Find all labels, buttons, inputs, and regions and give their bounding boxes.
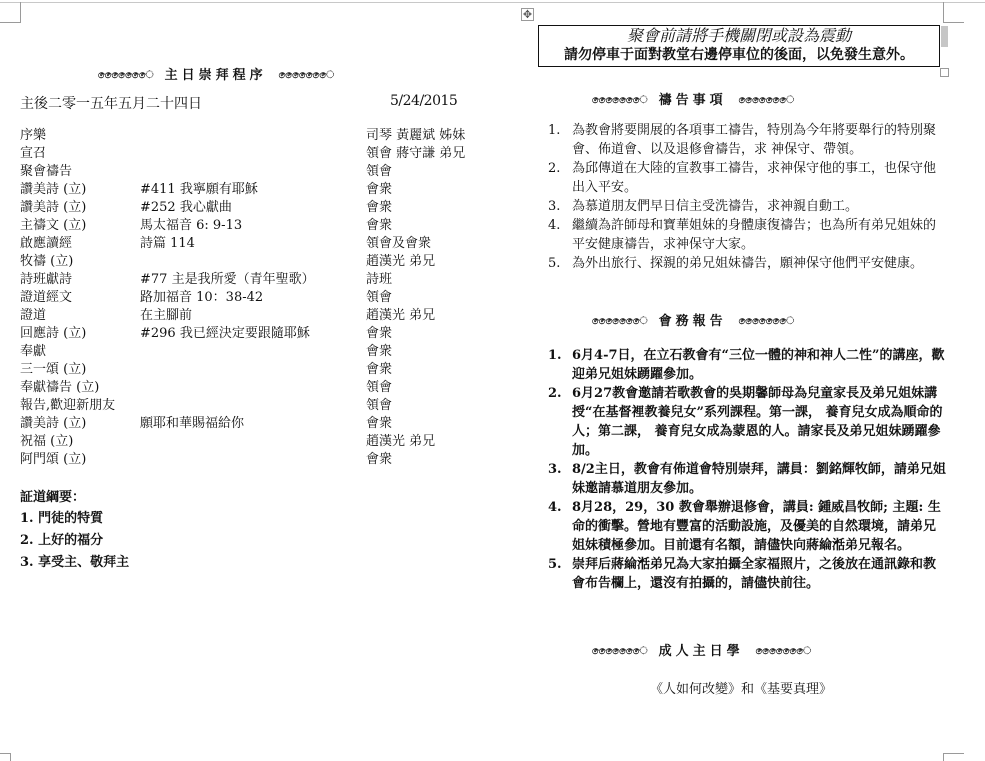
program-leader: 領會及會衆	[366, 235, 431, 253]
program-row: 奉獻禱告 (立)領會	[20, 379, 490, 397]
sermon-outline-item: 1. 門徒的特質	[20, 508, 129, 530]
program-item: 回應詩 (立)	[20, 325, 86, 343]
left-page: ෙෙෙෙෙෙෙ主日崇拜程序ෙෙෙෙෙෙෙ 主後二零一五年五月二十四日 5/24/…	[20, 0, 490, 761]
flourish-ornament-icon: ෙෙෙෙෙෙෙ	[592, 316, 647, 327]
sermon-outline-item: 2. 上好的福分	[20, 530, 129, 552]
table-move-handle-icon[interactable]: ✥	[521, 8, 534, 21]
program-item: 報告,歡迎新朋友	[20, 397, 115, 415]
sermon-outline: 証道綱要： 1. 門徒的特質 2. 上好的福分 3. 享受主、敬拜主	[20, 488, 129, 574]
program-row: 阿門頌 (立)會衆	[20, 451, 490, 469]
crop-mark-top-left	[0, 2, 21, 23]
phone-parking-notice-box: 聚會前請將手機關閉或設為震動 請勿停車于面對教堂右邊停車位的後面，以免發生意外。	[538, 25, 940, 67]
prayer-item: 5.為外出旅行、探親的弟兄姐妹禱告，願神保守他們平安健康。	[536, 254, 946, 273]
program-content: 馬太福音 6: 9-13	[140, 217, 242, 235]
flourish-ornament-icon: ෙෙෙෙෙෙෙ	[739, 316, 794, 327]
program-item: 祝福 (立)	[20, 433, 73, 451]
flourish-ornament-icon: ෙෙෙෙෙෙෙ	[592, 95, 647, 106]
program-leader: 會衆	[366, 415, 392, 433]
program-content: #411 我寧願有耶穌	[140, 181, 258, 199]
program-item: 宣召	[20, 145, 46, 163]
program-row: 序樂司琴 黃麗斌 姊妹	[20, 127, 490, 145]
program-row: 啟應讀經詩篇 114領會及會衆	[20, 235, 490, 253]
program-item: 證道經文	[20, 289, 72, 307]
program-leader: 領會	[366, 397, 392, 415]
prayer-item: 2.為邱傳道在大陸的宣教事工禱告，求神保守他的事工，也保守他出入平安。	[536, 159, 946, 197]
program-content: 在主腳前	[140, 307, 192, 325]
program-content: #296 我已經決定要跟隨耶穌	[140, 325, 310, 343]
program-leader: 會衆	[366, 325, 392, 343]
program-leader: 會衆	[366, 199, 392, 217]
program-item: 奉獻禱告 (立)	[20, 379, 99, 397]
announcements-heading: ෙෙෙෙෙෙෙ會務報告ෙෙෙෙෙෙෙ	[592, 310, 793, 329]
announcements-title: 會務報告	[659, 314, 727, 329]
program-item: 阿門頌 (立)	[20, 451, 86, 469]
program-leader: 趙漢光 弟兄	[366, 253, 435, 271]
prayer-heading: ෙෙෙෙෙෙෙ禱告事項ෙෙෙෙෙෙෙ	[592, 89, 793, 108]
program-leader: 會衆	[366, 361, 392, 379]
program-leader: 領會 蔣守謙 弟兄	[366, 145, 465, 163]
crop-mark-bottom-right	[943, 753, 964, 761]
program-item: 證道	[20, 307, 46, 325]
adult-sunday-school-books: 《人如何改變》和《基要真理》	[536, 678, 946, 697]
program-leader: 趙漢光 弟兄	[366, 307, 435, 325]
date-numeric: 5/24/2015	[390, 93, 457, 109]
program-item: 啟應讀經	[20, 235, 72, 253]
program-row: 讚美詩 (立)願耶和華賜福給你會衆	[20, 415, 490, 433]
adult-sunday-school-heading: ෙෙෙෙෙෙෙ成人主日學ෙෙෙෙෙෙෙ	[592, 640, 810, 659]
program-content: 願耶和華賜福給你	[140, 415, 244, 433]
program-leader: 領會	[366, 163, 392, 181]
program-item: 讚美詩 (立)	[20, 181, 86, 199]
date-chinese: 主後二零一五年五月二十四日	[20, 93, 202, 113]
program-row: 讚美詩 (立)#252 我心獻曲會衆	[20, 199, 490, 217]
prayer-item: 3.為慕道朋友們早日信主受洗禱告，求神親自動工。	[536, 197, 946, 216]
program-title: 主日崇拜程序	[165, 68, 267, 83]
program-leader: 會衆	[366, 217, 392, 235]
program-item: 聚會禱告	[20, 163, 72, 181]
flourish-ornament-icon: ෙෙෙෙෙෙෙ	[592, 646, 647, 657]
program-row: 祝福 (立)趙漢光 弟兄	[20, 433, 490, 451]
prayer-item: 1.為教會將要開展的各項事工禱告，特別為今年將要舉行的特別聚會、佈道會、以及退修…	[536, 121, 946, 159]
right-page: 聚會前請將手機關閉或設為震動 請勿停車于面對教堂右邊停車位的後面，以免發生意外。…	[536, 0, 946, 761]
program-row: 詩班獻詩#77 主是我所愛（青年聖歌）詩班	[20, 271, 490, 289]
program-item: 奉獻	[20, 343, 46, 361]
flourish-ornament-icon: ෙෙෙෙෙෙෙ	[279, 70, 334, 81]
program-heading: ෙෙෙෙෙෙෙ主日崇拜程序ෙෙෙෙෙෙෙ	[98, 64, 333, 83]
announcement-item: 4.8月28，29，30 教會舉辦退修會，講員: 鍾威昌牧師; 主題: 生命的衝…	[536, 498, 946, 555]
program-item: 詩班獻詩	[20, 271, 72, 289]
program-item: 讚美詩 (立)	[20, 415, 86, 433]
sermon-outline-item: 3. 享受主、敬拜主	[20, 552, 129, 574]
announcement-item: 3.8/2主日，教會有佈道會特別崇拜，講員：劉銘輝牧師，請弟兄姐妹邀請慕道朋友參…	[536, 460, 946, 498]
program-content: #77 主是我所愛（青年聖歌）	[140, 271, 315, 289]
program-item: 牧禱 (立)	[20, 253, 73, 271]
prayer-item: 4.繼續為許師母和寶華姐妹的身體康復禱告；也為所有弟兄姐妹的平安健康禱告，求神保…	[536, 216, 946, 254]
announcements-list: 1.6月4-7日，在立石教會有“三位一體的神和神人二性”的講座，歡迎弟兄姐妹踴躍…	[536, 346, 946, 593]
program-row: 主禱文 (立)馬太福音 6: 9-13會衆	[20, 217, 490, 235]
announcement-item: 2.6月27教會邀請若歌教會的吳期馨師母為兒童家長及弟兄姐妹講授“在基督裡教養兒…	[536, 384, 946, 460]
prayer-title: 禱告事項	[659, 93, 727, 108]
announcement-item: 1.6月4-7日，在立石教會有“三位一體的神和神人二性”的講座，歡迎弟兄姐妹踴躍…	[536, 346, 946, 384]
program-leader: 會衆	[366, 181, 392, 199]
program-item: 主禱文 (立)	[20, 217, 86, 235]
sermon-outline-title: 証道綱要：	[20, 488, 129, 508]
program-content: 詩篇 114	[140, 235, 195, 253]
program-leader: 會衆	[366, 343, 392, 361]
program-leader: 領會	[366, 379, 392, 397]
program-item: 三一頌 (立)	[20, 361, 86, 379]
crop-mark-bottom-left	[0, 753, 11, 761]
prayer-list: 1.為教會將要開展的各項事工禱告，特別為今年將要舉行的特別聚會、佈道會、以及退修…	[536, 121, 946, 273]
program-row: 回應詩 (立)#296 我已經決定要跟隨耶穌會衆	[20, 325, 490, 343]
worship-program-list: 序樂司琴 黃麗斌 姊妹 宣召領會 蔣守謙 弟兄 聚會禱告領會 讚美詩 (立)#4…	[20, 127, 490, 469]
crop-mark-top-right	[943, 2, 964, 23]
program-row: 宣召領會 蔣守謙 弟兄	[20, 145, 490, 163]
program-row: 證道在主腳前趙漢光 弟兄	[20, 307, 490, 325]
program-row: 報告,歡迎新朋友領會	[20, 397, 490, 415]
program-row: 牧禱 (立)趙漢光 弟兄	[20, 253, 490, 271]
program-row: 證道經文路加福音 10：38-42領會	[20, 289, 490, 307]
program-leader: 司琴 黃麗斌 姊妹	[366, 127, 465, 145]
program-row: 讚美詩 (立)#411 我寧願有耶穌會衆	[20, 181, 490, 199]
program-content: #252 我心獻曲	[140, 199, 232, 217]
adult-sunday-school-title: 成人主日學	[659, 644, 744, 659]
flourish-ornament-icon: ෙෙෙෙෙෙෙ	[98, 70, 153, 81]
program-leader: 領會	[366, 289, 392, 307]
phone-notice: 聚會前請將手機關閉或設為震動	[539, 26, 939, 46]
flourish-ornament-icon: ෙෙෙෙෙෙෙ	[739, 95, 794, 106]
program-row: 三一頌 (立)會衆	[20, 361, 490, 379]
program-leader: 詩班	[366, 271, 392, 289]
announcement-item: 5.崇拜后蔣綸湉弟兄為大家拍攝全家福照片，之後放在通訊錄和教會布告欄上，還沒有拍…	[536, 555, 946, 593]
parking-notice: 請勿停車于面對教堂右邊停車位的後面，以免發生意外。	[539, 46, 939, 64]
program-row: 奉獻會衆	[20, 343, 490, 361]
program-item: 序樂	[20, 127, 46, 145]
program-content: 路加福音 10：38-42	[140, 289, 263, 307]
flourish-ornament-icon: ෙෙෙෙෙෙෙ	[756, 646, 811, 657]
program-row: 聚會禱告領會	[20, 163, 490, 181]
program-leader: 趙漢光 弟兄	[366, 433, 435, 451]
program-item: 讚美詩 (立)	[20, 199, 86, 217]
program-leader: 會衆	[366, 451, 392, 469]
